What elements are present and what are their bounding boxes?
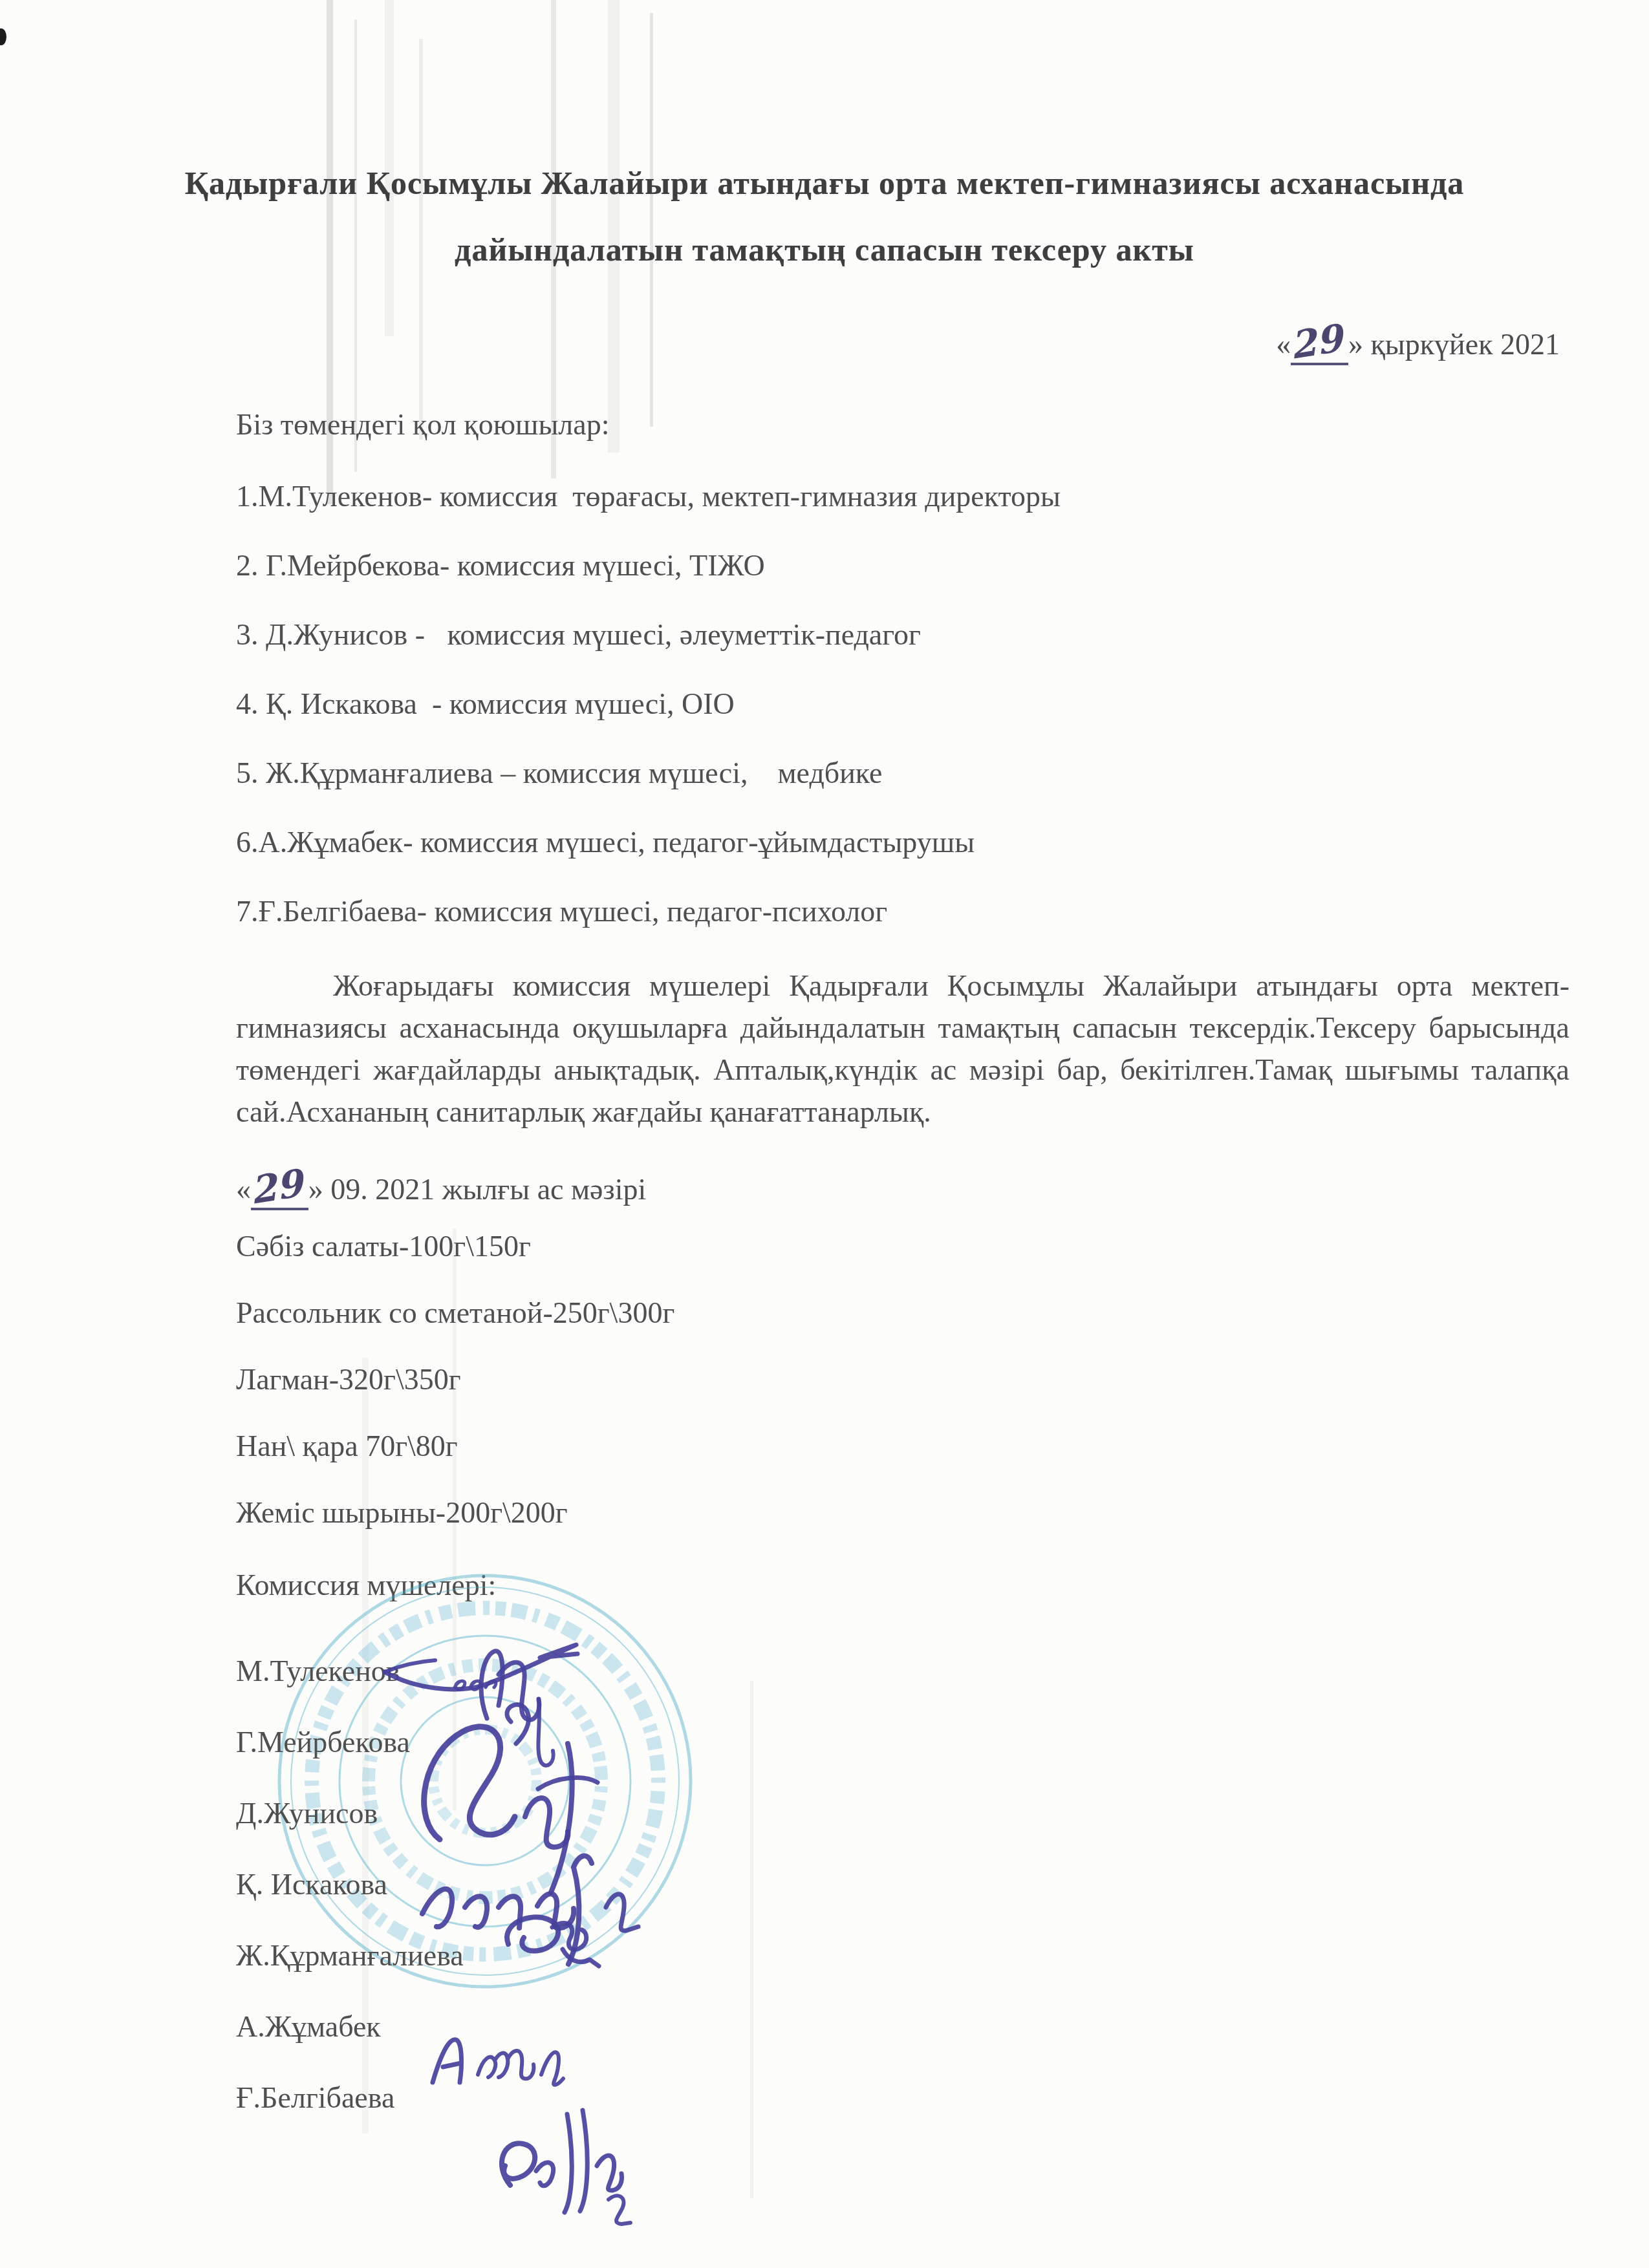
- document-title: Қадырғали Қосымұлы Жалайыри атындағы орт…: [0, 150, 1649, 283]
- scanned-document-page: Қадырғали Қосымұлы Жалайыри атындағы орт…: [0, 0, 1649, 2268]
- menu-item: Лагман-320г\350г: [236, 1365, 674, 1395]
- handwritten-day: 29: [1293, 323, 1346, 361]
- menu-date: «29» 09. 2021 жылғы ас мәзірі: [236, 1171, 646, 1210]
- signer-name: Ғ.Белгібаева: [236, 2081, 394, 2114]
- menu-item: Сәбіз салаты-100г\150г: [236, 1232, 674, 1261]
- menu-item: Рассольник со сметаной-250г\300г: [236, 1298, 674, 1328]
- list-item: 6.А.Жұмабек- комиссия мүшесі, педагог-ұй…: [236, 828, 1061, 857]
- list-item: 3. Д.Жунисов - комиссия мүшесі, әлеуметт…: [236, 620, 1061, 650]
- signature-zhumabek: [424, 2020, 579, 2098]
- signature-row: Д.Жунисов: [236, 1778, 1206, 1849]
- menu-list: Сәбіз салаты-100г\150г Рассольник со сме…: [236, 1232, 674, 1565]
- date-open-quote: «: [1276, 328, 1291, 361]
- commission-members-list: 1.М.Тулекенов- комиссия төрағасы, мектеп…: [236, 482, 1061, 966]
- signature-row: Қ. Искакова: [236, 1849, 1206, 1920]
- signer-name: М.Тулекенов: [236, 1654, 400, 1687]
- signature-row: Ж.Құрманғалиева: [236, 1920, 1206, 1991]
- date-rest: » қыркүйек 2021: [1348, 328, 1560, 361]
- body-paragraph: Жоғарыдағы комиссия мүшелері Қадырғали Қ…: [236, 965, 1569, 1133]
- document-title-line2: дайындалатын тамақтың сапасын тексеру ак…: [0, 217, 1649, 283]
- signature-row: Г.Мейрбекова: [236, 1707, 1206, 1778]
- list-item: 7.Ғ.Белгібаева- комиссия мүшесі, педагог…: [236, 897, 1061, 926]
- intro-line: Біз төмендегі қол қоюшылар:: [236, 407, 609, 442]
- signature-row: А.Жұмабек: [236, 1991, 1206, 2062]
- handwritten-day-underline: 29: [251, 1171, 308, 1210]
- menu-item: Нан\ қара 70г\80г: [236, 1431, 674, 1461]
- list-item: 1.М.Тулекенов- комиссия төрағасы, мектеп…: [236, 482, 1061, 511]
- signer-name: Қ. Искакова: [236, 1868, 387, 1901]
- signature-kurmangalieva: [485, 1904, 624, 1988]
- handwritten-day: 29: [253, 1168, 306, 1206]
- handwritten-day-underline: 29: [1291, 326, 1348, 365]
- menu-date-rest: » 09. 2021 жылғы ас мәзірі: [308, 1173, 647, 1206]
- list-item: 4. Қ. Искакова - комиссия мүшесі, ОІО: [236, 689, 1061, 719]
- document-date: «29» қыркүйек 2021: [1276, 326, 1560, 365]
- document-title-line1: Қадырғали Қосымұлы Жалайыри атындағы орт…: [0, 150, 1649, 217]
- signer-name: А.Жұмабек: [236, 2010, 381, 2043]
- list-item: 5. Ж.Құрманғалиева – комиссия мүшесі, ме…: [236, 758, 1061, 788]
- signature-row: Ғ.Белгібаева: [236, 2062, 1206, 2134]
- menu-date-open-quote: «: [236, 1173, 251, 1206]
- signatures-block: М.Тулекенов Г.Мейрбекова Д.Жунисов Қ. Ис…: [236, 1636, 1206, 2268]
- signer-name: Г.Мейрбекова: [236, 1726, 410, 1759]
- list-item: 2. Г.Мейрбекова- комиссия мүшесі, ТІЖО: [236, 551, 1061, 581]
- signature-belgibaeva: [482, 2088, 634, 2250]
- menu-item: Жеміс шырыны-200г\200г: [236, 1498, 674, 1528]
- signer-name: Д.Жунисов: [236, 1797, 378, 1830]
- scan-edge-artifact: [0, 28, 6, 45]
